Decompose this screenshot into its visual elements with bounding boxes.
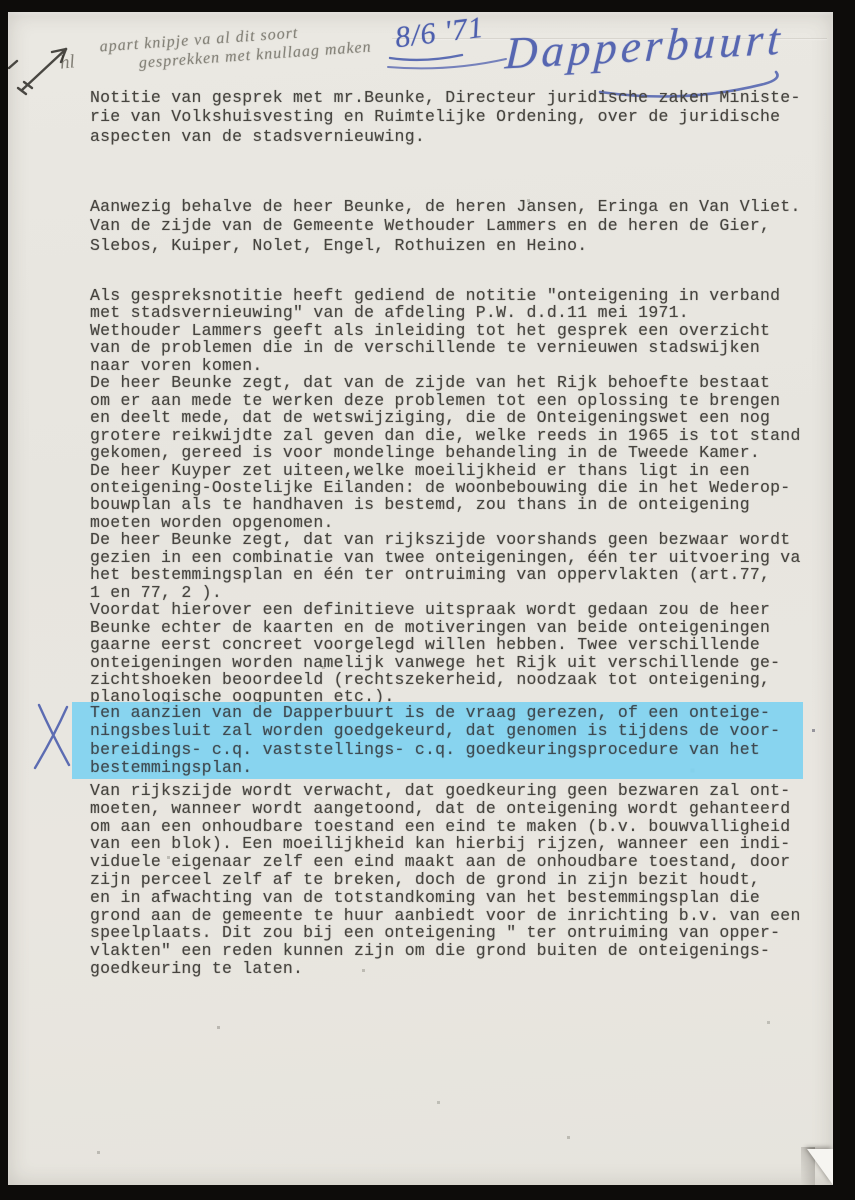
typewritten-line: met stadsvernieuwing" van de afdeling P.… [90,304,801,321]
typewritten-line: De heer Kuyper zet uiteen,welke moeilijk… [90,462,801,479]
typewritten-line: ningsbesluit zal worden goedgekeurd, dat… [90,722,780,740]
typewritten-line: bouwplan als te handhaven is bestemd, zo… [90,496,801,513]
typewritten-line: moeten worden opgenomen. [90,514,801,531]
paragraph-discussion: Als gespreksnotitie heeft gediend de not… [90,287,801,706]
typewritten-line: rie van Volkshuisvesting en Ruimtelijke … [90,107,801,126]
typewritten-line: zijn perceel zelf af te breken, doch de … [90,871,801,889]
handwritten-title-dapperbuurt: Dapperbuurt [504,13,785,80]
typewritten-line: Slebos, Kuiper, Nolet, Engel, Rothuizen … [90,236,801,255]
date-underline-stroke [390,55,462,60]
typewritten-line: om er aan mede te werken deze problemen … [90,392,801,409]
typewritten-line: moeten, wanneer wordt aangetoond, dat de… [90,800,801,818]
typewritten-line: Wethouder Lammers geeft als inleiding to… [90,322,801,339]
typewritten-line: viduele eigenaar zelf een eind maakt aan… [90,853,801,871]
typewritten-line: het bestemmingsplan en één ter ontruimin… [90,566,801,583]
typewritten-line: vlakten" een reden kunnen zijn om die gr… [90,942,801,960]
typewritten-line: grotere reikwijdte zal geven dan die, we… [90,427,801,444]
pencil-initials: hl [59,51,76,74]
typewritten-line: onteigening-Oostelijke Eilanden: de woon… [90,479,801,496]
typewritten-line: Beunke echter de kaarten en de motiverin… [90,619,801,636]
document-page: apart knipje va al dit soort gesprekken … [8,12,833,1185]
typewritten-line: en in afwachting van de totstandkoming v… [90,889,801,907]
typewritten-line: gezien in een combinatie van twee onteig… [90,549,801,566]
paragraph-expectation: Van rijkszijde wordt verwacht, dat goedk… [90,782,801,978]
typewritten-line: zichtshoeken beoordeeld (rechtszekerheid… [90,671,801,688]
typewritten-line: om aan een onhoudbare toestand een eind … [90,818,801,836]
typewritten-line: naar voren komen. [90,357,801,374]
typewritten-line: en deelt mede, dat de wetswijziging, die… [90,409,801,426]
typewritten-line: bereidings- c.q. vaststellings- c.q. goe… [90,741,780,759]
page-curl [807,1149,833,1185]
typewritten-line: Ten aanzien van de Dapperbuurt is de vra… [90,704,780,722]
typewritten-line: speelplaats. Dit zou bij een onteigening… [90,924,801,942]
typewritten-line: van de problemen die in de verschillende… [90,339,801,356]
typewritten-line: Voordat hierover een definitieve uitspra… [90,601,801,618]
typewritten-line: van een blok). Een moeilijkheid kan hier… [90,835,801,853]
typewritten-line: Notitie van gesprek met mr.Beunke, Direc… [90,88,801,107]
typewritten-line: De heer Beunke zegt, dat van rijkszijde … [90,531,801,548]
typewritten-line: gaarne eerst concreet voorgelegd willen … [90,636,801,653]
pencil-annotation: apart knipje va al dit soort gesprekken … [99,19,372,76]
typewritten-line: Aanwezig behalve de heer Beunke, de here… [90,197,801,216]
typewritten-line: gekomen, gereed is voor mondelinge behan… [90,444,801,461]
paragraph-title: Notitie van gesprek met mr.Beunke, Direc… [90,88,801,146]
typewritten-line: Van rijkszijde wordt verwacht, dat goedk… [90,782,801,800]
typewritten-line: goedkeuring te laten. [90,960,801,978]
typewritten-line: Als gespreksnotitie heeft gediend de not… [90,287,801,304]
typewritten-line: De heer Beunke zegt, dat van de zijde va… [90,374,801,391]
typewritten-line: bestemmingsplan. [90,759,780,777]
handwritten-date: 8/6 '71 [393,11,486,56]
title-flourish-stroke [388,59,506,68]
typewritten-line: 1 en 77, 2 ). [90,584,801,601]
paragraph-highlighted-dapperbuurt: Ten aanzien van de Dapperbuurt is de vra… [90,704,780,778]
typewritten-line: aspecten van de stadsvernieuwing. [90,127,801,146]
scanned-document-screenshot: { "colors": { "scan_background": "#0d0c0… [0,0,855,1200]
margin-x-mark [35,705,69,768]
pencil-arrow-icon [9,49,66,94]
typewritten-line: Van de zijde van de Gemeente Wethouder L… [90,216,801,235]
paragraph-attendees: Aanwezig behalve de heer Beunke, de here… [90,197,801,255]
typewritten-line: onteigeningen worden namelijk vanwege he… [90,654,801,671]
scan-speckles [8,12,9,13]
typewritten-line: grond aan de gemeente te huur aanbiedt v… [90,907,801,925]
